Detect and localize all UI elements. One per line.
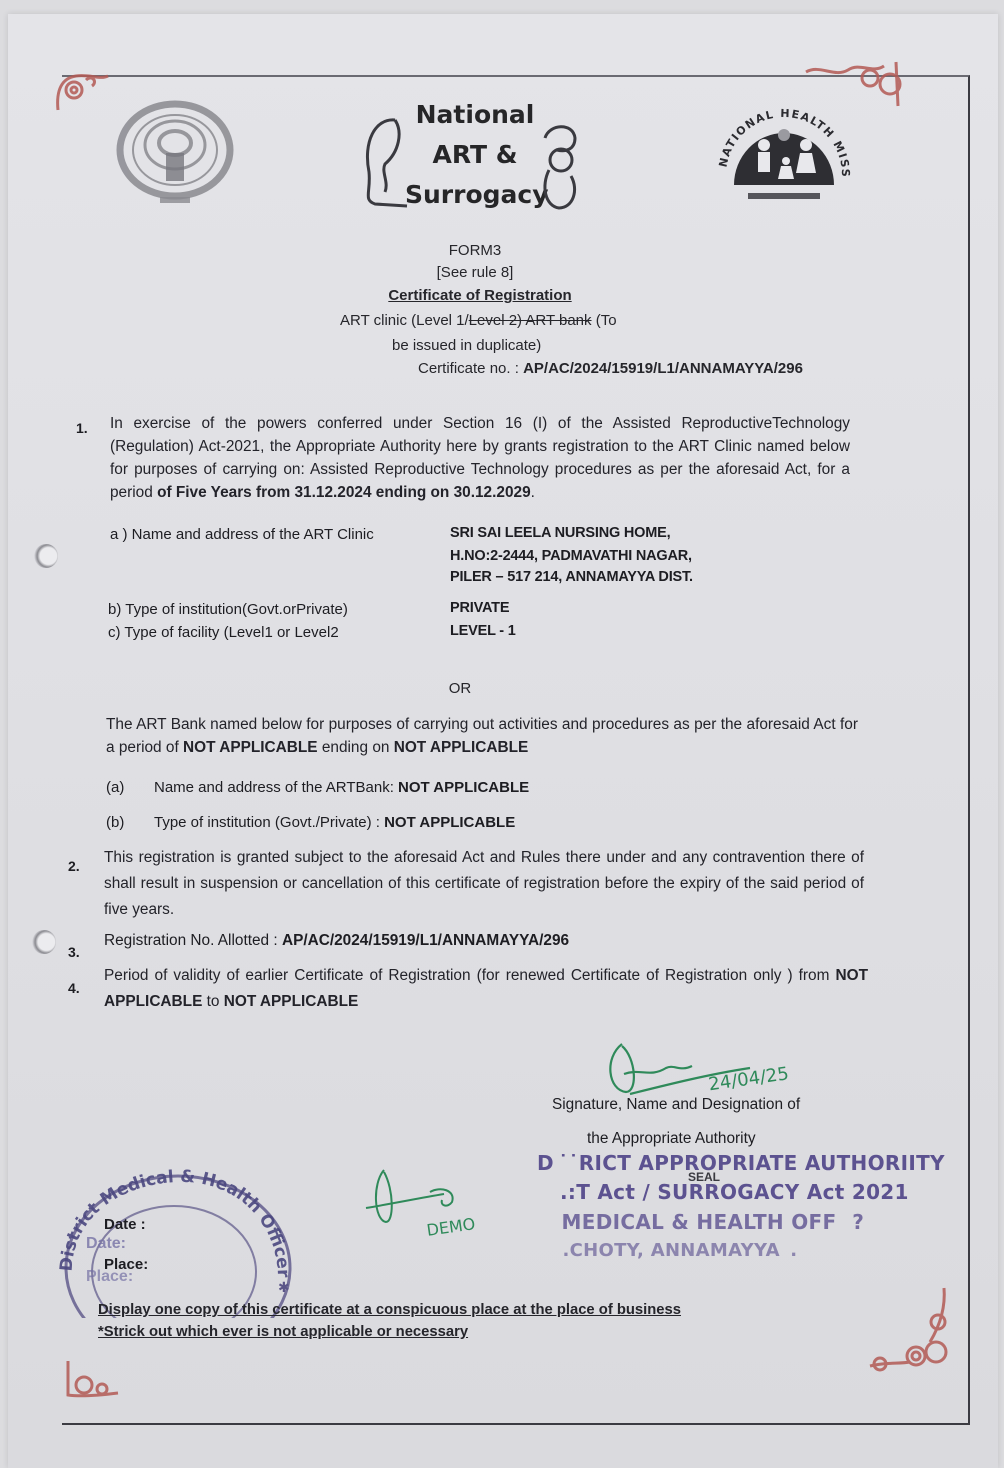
corner-ornament-top-left-icon — [52, 70, 112, 116]
corner-ornament-bottom-right-icon — [866, 1282, 956, 1378]
svg-text:DEMO: DEMO — [425, 1214, 476, 1240]
art-bank-end: NOT APPLICABLE — [394, 739, 529, 756]
section-1-end: . — [531, 484, 535, 501]
authority-stamp-line-1: D ˙˙RICT APPROPRIATE AUTHORIITY — [537, 1151, 945, 1175]
corner-ornament-bottom-left-icon — [62, 1355, 122, 1401]
punch-hole — [34, 544, 58, 568]
registration-number: AP/AC/2024/15919/L1/ANNAMAYYA/296 — [282, 932, 569, 949]
institution-type-label: b) Type of institution(Govt.orPrivate) — [108, 599, 348, 621]
section-4-number: 4. — [68, 980, 80, 996]
svg-text:✱: ✱ — [278, 1279, 290, 1295]
clinic-name-label: a ) Name and address of the ART Clinic — [110, 524, 374, 546]
item-value: NOT APPLICABLE — [384, 814, 515, 831]
section-3-text: Registration No. Allotted : AP/AC/2024/1… — [104, 930, 569, 952]
art-bank-text: The ART Bank named below for purposes of… — [106, 713, 858, 759]
mother-child-icon — [535, 120, 585, 212]
art-bank-item-b: (b) Type of institution (Govt./Private) … — [106, 812, 124, 834]
registration-number-label: Registration No. Allotted : — [104, 932, 282, 949]
clinic-name-line-1: SRI SAI LEELA NURSING HOME, — [450, 522, 670, 544]
item-value: NOT APPLICABLE — [398, 779, 529, 796]
art-bank-item-a-text: Name and address of the ARTBank: NOT APP… — [154, 777, 529, 799]
art-surrogacy-logo: National ART & Surrogacy — [405, 95, 545, 215]
earlier-validity-to: NOT APPLICABLE — [224, 993, 359, 1010]
institution-type-value: PRIVATE — [450, 597, 509, 619]
certificate-number-label: Certificate no. : — [418, 360, 519, 377]
state-emblem-icon — [110, 95, 240, 213]
authority-stamp-line-4: .CHOTY, ANNAMAYYA . — [552, 1240, 797, 1261]
date-label: Date : — [104, 1216, 146, 1233]
signature-caption-1: Signature, Name and Designation of — [552, 1096, 800, 1114]
art-bank-period: NOT APPLICABLE — [183, 739, 318, 756]
validity-period: of Five Years from 31.12.2024 ending on … — [157, 484, 531, 501]
certificate-type-line: ART clinic (Level 1/Level 2) ART bank (T… — [340, 312, 670, 329]
logo-line-1: National — [405, 95, 545, 135]
art-bank-ending-label: ending on — [318, 739, 394, 756]
type-struck-out: Level 2) ART bank — [469, 312, 592, 329]
section-4-to-label: to — [202, 993, 223, 1010]
type-suffix: (To — [592, 312, 617, 329]
facility-type-value: LEVEL - 1 — [450, 620, 516, 642]
item-marker: (b) — [106, 814, 124, 831]
certificate-type-line-2: be issued in duplicate) — [392, 337, 572, 354]
section-1-text: In exercise of the powers conferred unde… — [110, 412, 850, 504]
section-4-text: Period of validity of earlier Certificat… — [104, 963, 868, 1015]
certificate-number-line: Certificate no. : AP/AC/2024/15919/L1/AN… — [418, 360, 858, 377]
signature-caption-2: the Appropriate Authority — [587, 1130, 756, 1148]
strike-out-note: *Strick out which ever is not applicable… — [98, 1324, 468, 1340]
certificate-number: AP/AC/2024/15919/L1/ANNAMAYYA/296 — [523, 360, 803, 377]
section-3-number: 3. — [68, 944, 80, 960]
authority-stamp-line-2: .:T Act / SURROGACY Act 2021 — [560, 1180, 909, 1204]
authority-signature-icon: 24/04/25 — [600, 1038, 820, 1100]
item-label: Type of institution (Govt./Private) : — [154, 814, 384, 831]
section-2-number: 2. — [68, 858, 80, 874]
logo-line-2: ART & — [405, 135, 545, 175]
display-instruction: Display one copy of this certificate at … — [98, 1302, 681, 1318]
logo-line-3: Surrogacy — [405, 175, 545, 215]
facility-type-label: c) Type of facility (Level1 or Level2 — [108, 622, 339, 644]
art-bank-item-a: (a) Name and address of the ARTBank: NOT… — [106, 777, 124, 799]
clinic-address-line-2: H.NO:2-2444, PADMAVATHI NAGAR, — [450, 545, 692, 567]
section-1-number: 1. — [76, 420, 88, 436]
clinic-address-line-3: PILER – 517 214, ANNAMAYYA DIST. — [450, 566, 693, 588]
initials-signature-icon: DEMO — [360, 1164, 490, 1244]
item-marker: (a) — [106, 779, 124, 796]
form-rule: [See rule 8] — [420, 264, 530, 281]
type-prefix: ART clinic (Level 1/ — [340, 312, 469, 329]
certificate-title: Certificate of Registration — [360, 287, 600, 304]
authority-stamp-line-3: MEDICAL & HEALTH OFF ? — [550, 1210, 864, 1234]
svg-text:24/04/25: 24/04/25 — [707, 1063, 790, 1095]
or-separator: OR — [440, 680, 480, 697]
national-health-mission-logo-icon: NATIONAL HEALTH MISSION — [708, 95, 858, 211]
stamp-place-label: Place: — [86, 1268, 133, 1286]
punch-hole — [32, 930, 56, 954]
section-4-body: Period of validity of earlier Certificat… — [104, 967, 836, 984]
section-2-text: This registration is granted subject to … — [104, 845, 864, 923]
form-number: FORM3 — [430, 242, 520, 259]
stamp-date-label: Date: — [86, 1235, 126, 1253]
item-label: Name and address of the ARTBank: — [154, 779, 398, 796]
art-bank-item-b-text: Type of institution (Govt./Private) : NO… — [154, 812, 515, 834]
